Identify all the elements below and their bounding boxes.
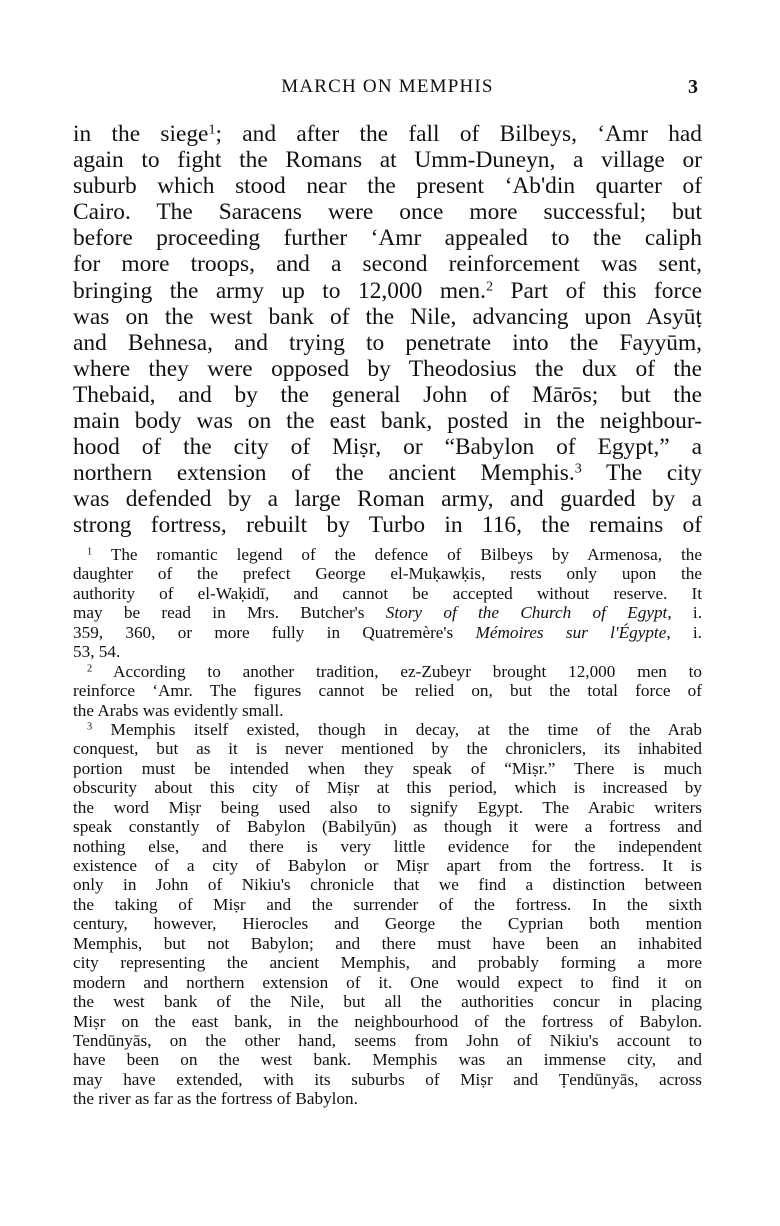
page-number: 3 xyxy=(688,76,698,99)
footnote-3-line: modern and northern extension of it. One… xyxy=(73,973,702,992)
book-title-memoires-egypte: Mémoires sur l'Égypte xyxy=(476,623,667,642)
body-line: again to fight the Romans at Umm-Duneyn,… xyxy=(73,147,702,173)
body-line: before proceeding further ‘Amr appealed … xyxy=(73,225,702,251)
body-line: where they were opposed by Theodosius th… xyxy=(73,356,702,382)
footnote-3-line: century, however, Hierocles and George t… xyxy=(73,914,702,933)
running-title: MARCH ON MEMPHIS xyxy=(73,76,702,98)
body-line: for more troops, and a second reinforcem… xyxy=(73,251,702,277)
footnote-3-line: the river as far as the fortress of Baby… xyxy=(73,1089,702,1108)
footnote-marker: 1 xyxy=(208,121,215,137)
body-line: and Behnesa, and trying to penetrate int… xyxy=(73,330,702,356)
footnote-3-line: Miṣr on the east bank, in the neighbourh… xyxy=(73,1012,702,1031)
footnote-1-line: 1 The romantic legend of the defence of … xyxy=(73,545,702,564)
footnote-text: , i. xyxy=(667,603,702,622)
book-title-story-church-egypt: Story of the Church of Egypt xyxy=(386,603,668,622)
footnote-3-line: city representing the ancient Memphis, a… xyxy=(73,953,702,972)
footnote-3-line: portion must be intended when they speak… xyxy=(73,759,702,778)
footnote-3-line: may have extended, with its suburbs of M… xyxy=(73,1070,702,1089)
footnote-3-line: have been on the west bank. Memphis was … xyxy=(73,1050,702,1069)
footnote-1-line: 53, 54. xyxy=(73,642,702,661)
body-line: bringing the army up to 12,000 men.2 Par… xyxy=(73,278,702,304)
footnote-3-line: only in John of Nikiu's chronicle that w… xyxy=(73,875,702,894)
body-line: Thebaid, and by the general John of Mārō… xyxy=(73,382,702,408)
footnote-1-line: may be read in Mrs. Butcher's Story of t… xyxy=(73,603,702,622)
footnote-3-line: the word Miṣr being used also to signify… xyxy=(73,798,702,817)
footnote-3-line: obscurity about this city of Miṣr at thi… xyxy=(73,778,702,797)
footnote-text: , i. xyxy=(666,623,702,642)
footnotes: 1 The romantic legend of the defence of … xyxy=(73,545,702,1109)
footnote-3-line: conquest, but as it is never mentioned b… xyxy=(73,739,702,758)
footnote-1-line: daughter of the prefect George el-Muḳawḳ… xyxy=(73,564,702,583)
footnote-1-line: 359, 360, or more fully in Quatremère's … xyxy=(73,623,702,642)
body-line: northern extension of the ancient Memphi… xyxy=(73,460,702,486)
footnote-3-line: nothing else, and there is very little e… xyxy=(73,837,702,856)
footnote-marker: 2 xyxy=(87,663,92,674)
footnote-marker: 2 xyxy=(486,278,493,294)
body-line: suburb which stood near the present ‘Ab'… xyxy=(73,173,702,199)
footnote-3-line: speak constantly of Babylon (Babilyūn) a… xyxy=(73,817,702,836)
book-page: MARCH ON MEMPHIS 3 in the siege1; and af… xyxy=(0,0,780,1226)
footnote-marker: 3 xyxy=(575,461,582,477)
footnote-3-line: Memphis, but not Babylon; and there must… xyxy=(73,934,702,953)
footnote-2-line: the Arabs was evidently small. xyxy=(73,701,702,720)
body-line: strong fortress, rebuilt by Turbo in 116… xyxy=(73,512,702,538)
body-line: main body was on the east bank, posted i… xyxy=(73,408,702,434)
running-head: MARCH ON MEMPHIS 3 xyxy=(73,76,702,102)
footnote-2-line: 2 According to another tradition, ez-Zub… xyxy=(73,662,702,681)
footnote-3-line: Tendūnyās, on the other hand, seems from… xyxy=(73,1031,702,1050)
body-line: hood of the city of Miṣr, or “Babylon of… xyxy=(73,434,702,460)
footnote-text: 359, 360, or more fully in Quatremère's xyxy=(73,623,476,642)
footnote-3-line: the west bank of the Nile, but all the a… xyxy=(73,992,702,1011)
body-line: in the siege1; and after the fall of Bil… xyxy=(73,121,702,147)
footnote-text: may be read in Mrs. Butcher's xyxy=(73,603,386,622)
body-line: was on the west bank of the Nile, advanc… xyxy=(73,304,702,330)
body-line: was defended by a large Roman army, and … xyxy=(73,486,702,512)
footnote-3-line: existence of a city of Babylon or Miṣr a… xyxy=(73,856,702,875)
main-text: in the siege1; and after the fall of Bil… xyxy=(73,121,702,539)
footnote-marker: 1 xyxy=(87,546,92,557)
body-line: Cairo. The Saracens were once more succe… xyxy=(73,199,702,225)
footnote-marker: 3 xyxy=(87,721,92,732)
footnote-1-line: authority of el-Waḳidī, and cannot be ac… xyxy=(73,584,702,603)
footnote-2-line: reinforce ‘Amr. The figures cannot be re… xyxy=(73,681,702,700)
footnote-3-line: the taking of Miṣr and the surrender of … xyxy=(73,895,702,914)
footnote-3-line: 3 Memphis itself existed, though in deca… xyxy=(73,720,702,739)
